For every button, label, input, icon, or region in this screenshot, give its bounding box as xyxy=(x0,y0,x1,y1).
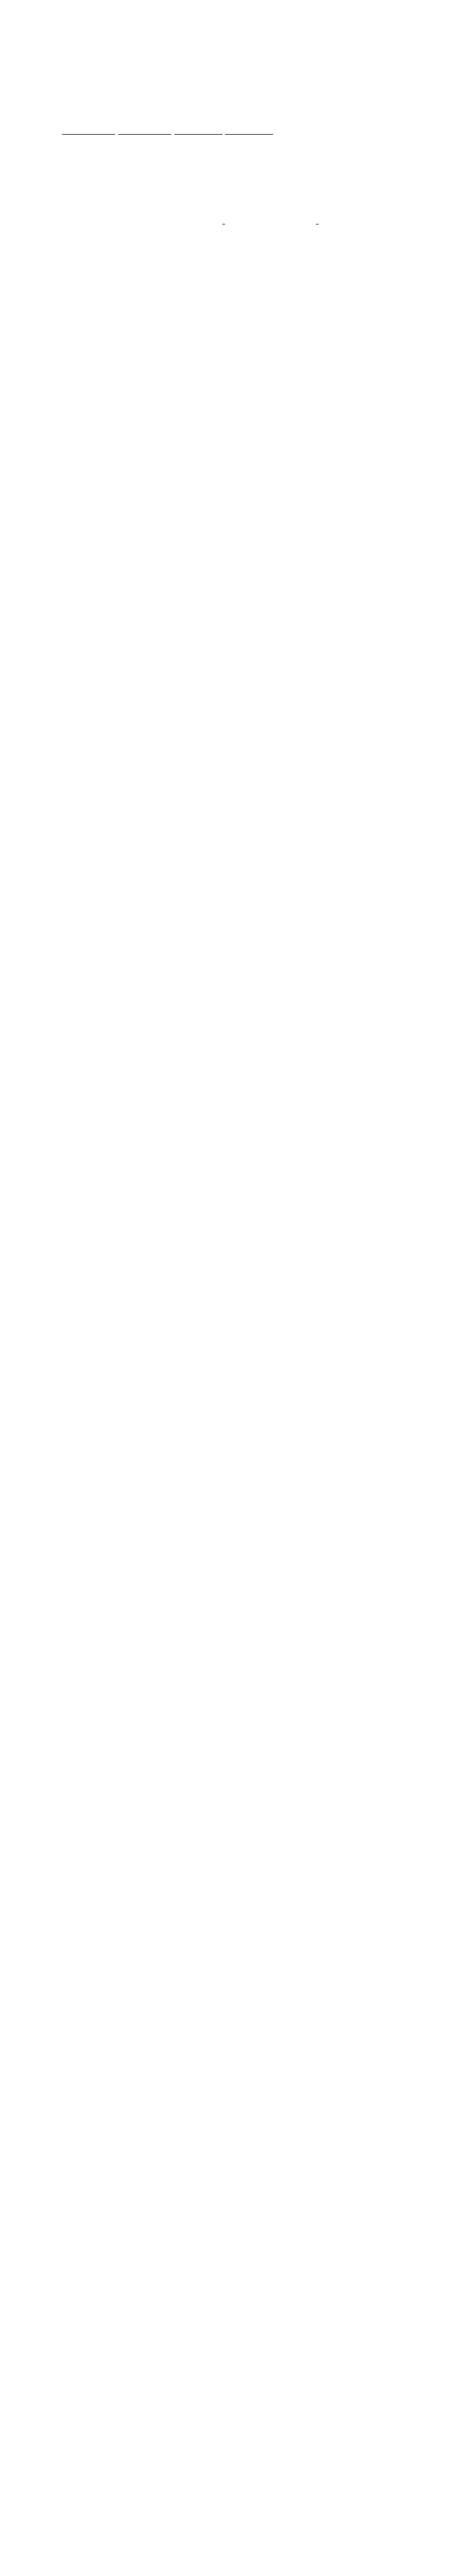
q1-option-d[interactable] xyxy=(315,218,320,229)
score-input[interactable] xyxy=(225,125,273,135)
numerator xyxy=(316,224,318,224)
fraction xyxy=(316,224,318,224)
student-info-fields xyxy=(62,125,273,137)
numerator xyxy=(222,224,225,224)
fraction xyxy=(222,224,225,224)
class-input[interactable] xyxy=(118,125,171,135)
name-input[interactable] xyxy=(174,125,222,135)
school-input[interactable] xyxy=(62,125,115,135)
q1-option-c[interactable] xyxy=(221,218,226,229)
exam-page xyxy=(0,0,455,2576)
